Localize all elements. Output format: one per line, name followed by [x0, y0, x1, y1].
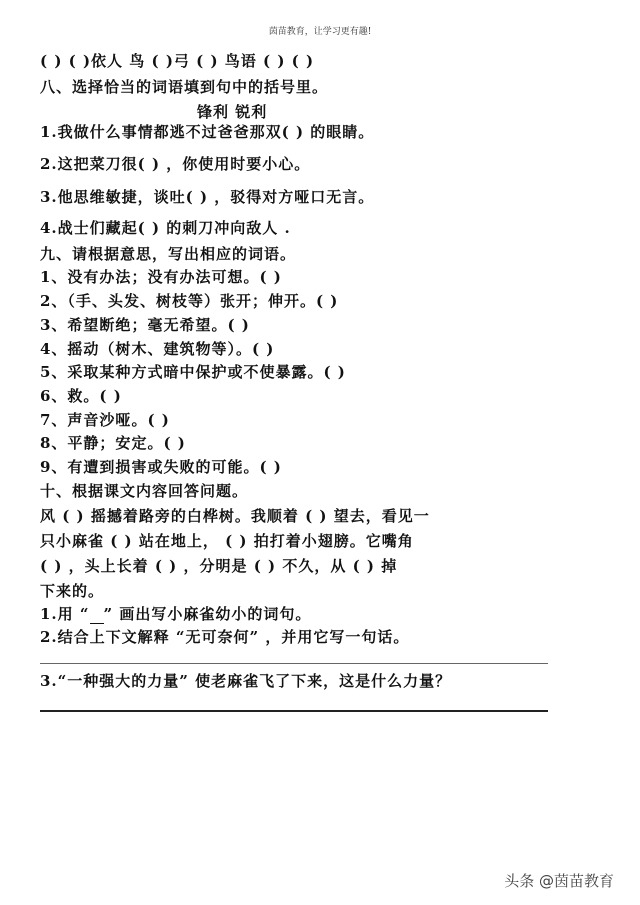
section-8-item-4: 4.战士们藏起( ) 的刺刀冲向敌人 . — [40, 217, 291, 238]
question-1-suffix: ” 画出写小麻雀幼小的词句。 — [104, 605, 312, 623]
section-8-word-choices: 锋利 锐利 — [197, 101, 267, 122]
section-8-title: 八、选择恰当的词语填到句中的括号里。 — [40, 76, 328, 97]
passage-line-4: 下来的。 — [40, 580, 104, 601]
section-9-item-5: 5、采取某种方式暗中保护或不使暴露。( ) — [40, 361, 346, 382]
section-9-item-7: 7、声音沙哑。( ) — [40, 409, 170, 430]
section-9-item-4: 4、摇动（树木、建筑物等）。( ) — [40, 338, 274, 359]
watermark: 头条 @茵苗教育 — [504, 870, 614, 891]
section-8-item-2: 2.这把菜刀很( ) ，你使用时要小心。 — [40, 153, 310, 174]
passage-line-1: 风 ( ) 摇撼着路旁的白桦树。我顺着 ( ) 望去，看见一 — [40, 505, 430, 526]
section-8-item-1: 1.我做什么事情都逃不过爸爸那双( ) 的眼睛。 — [40, 121, 374, 142]
section-9-item-1: 1、没有办法；没有办法可想。( ) — [40, 266, 282, 287]
idiom-fill-line: ( ) ( )依人 鸟 ( )弓 ( ) 鸟语 ( ) ( ) — [40, 50, 314, 71]
section-9-title: 九、请根据意思，写出相应的词语。 — [40, 243, 296, 264]
section-9-item-9: 9、有遭到损害或失败的可能。( ) — [40, 456, 282, 477]
passage-line-3: ( ) ，头上长着 ( ) ，分明是 ( ) 不久，从 ( ) 掉 — [40, 555, 397, 576]
passage-line-2: 只小麻雀 ( ) 站在地上， ( ) 拍打着小翅膀。它嘴角 — [40, 530, 414, 551]
section-9-item-3: 3、希望断绝；毫无希望。( ) — [40, 314, 250, 335]
header-note: 茵苗教育，让学习更有趣! — [0, 24, 640, 37]
question-1-prefix: 1.用 “ — [40, 605, 90, 623]
answer-line-2[interactable] — [40, 663, 548, 664]
question-2: 2.结合上下文解释 “无可奈何” ，并用它写一句话。 — [40, 626, 409, 647]
section-8-item-3: 3.他思维敏捷，谈吐( ) ，驳得对方哑口无言。 — [40, 186, 374, 207]
question-1: 1.用 “” 画出写小麻雀幼小的词句。 — [40, 603, 311, 624]
section-10-title: 十、根据课文内容回答问题。 — [40, 480, 248, 501]
section-9-item-8: 8、平静；安定。( ) — [40, 432, 186, 453]
underline-symbol — [90, 609, 104, 624]
answer-line-3[interactable] — [40, 710, 548, 712]
section-9-item-6: 6、救。( ) — [40, 385, 122, 406]
section-9-item-2: 2、（手、头发、树枝等）张开；伸开。( ) — [40, 290, 338, 311]
question-3: 3.“一种强大的力量” 使老麻雀飞了下来，这是什么力量？ — [40, 670, 451, 691]
